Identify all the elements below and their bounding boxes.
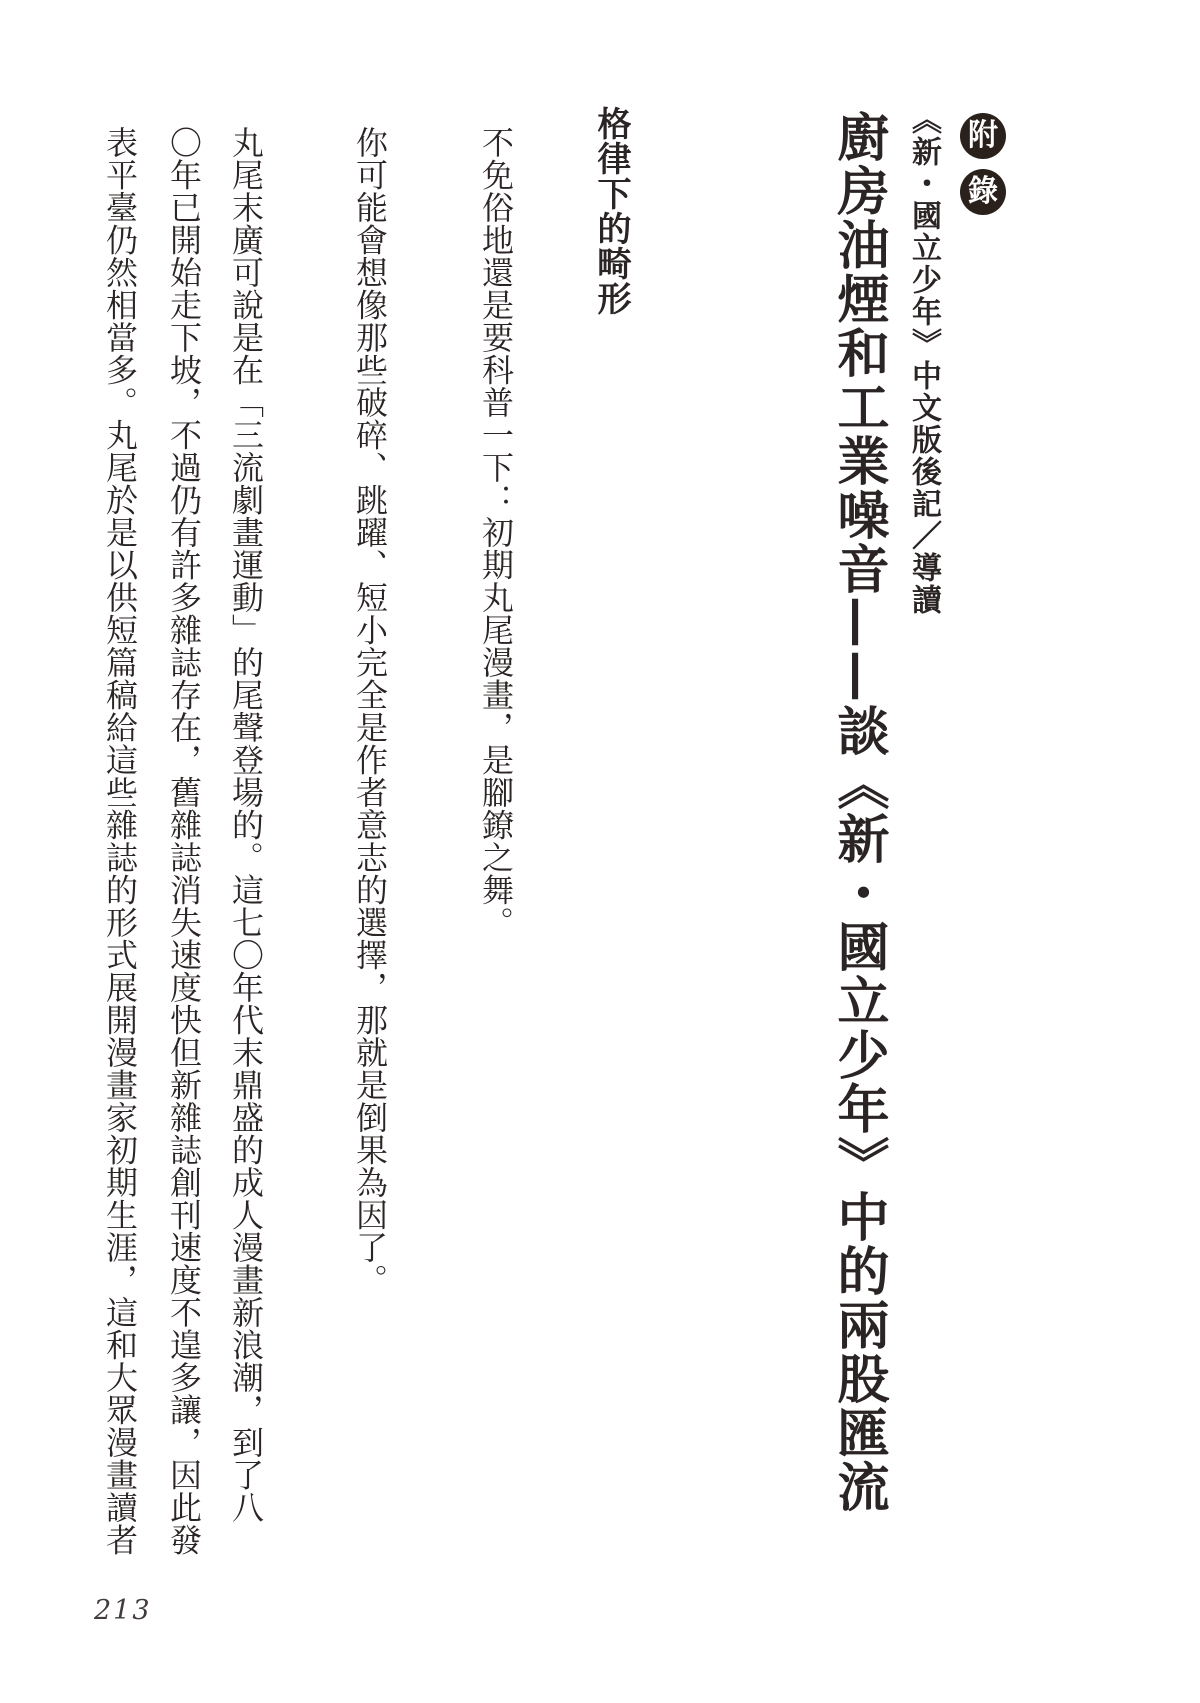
edition-subtitle: 《新・國立少年》中文版後記／導讀: [908, 104, 938, 616]
paragraph-2: 你可能會想像那些破碎、跳躍、短小完全是作者意志的選擇，那就是倒果為因了。: [354, 126, 386, 1296]
appendix-badge-char-1: 附: [968, 121, 998, 151]
paragraph-1: 不免俗地還是要科普一下：初期丸尾漫畫，是腳鐐之舞。: [480, 126, 512, 939]
appendix-badge-circle-2: 錄: [960, 169, 1006, 215]
article-title: 廚房油煙和工業噪音——談《新・國立少年》中的兩股匯流: [832, 110, 884, 1514]
section-heading: 格律下的畸形: [594, 106, 628, 316]
paragraph-3-column-3: 表平臺仍然相當多。丸尾於是以供短篇稿給這些雜誌的形式展開漫畫家初期生涯，這和大眾…: [104, 126, 136, 1556]
page-number: 213: [94, 1595, 152, 1626]
appendix-badge-circle-1: 附: [960, 113, 1006, 159]
appendix-badge: 附 錄: [960, 113, 1006, 215]
appendix-badge-char-2: 錄: [968, 177, 998, 207]
paragraph-3-column-2: 〇年已開始走下坡，不過仍有許多雜誌存在，舊雜誌消失速度快但新雜誌創刊速度不遑多讓…: [168, 126, 200, 1556]
paragraph-3-column-1: 丸尾末廣可說是在「三流劇畫運動」的尾聲登場的。這七〇年代末鼎盛的成人漫畫新浪潮，…: [230, 126, 262, 1524]
book-page: 附 錄 《新・國立少年》中文版後記／導讀 廚房油煙和工業噪音——談《新・國立少年…: [0, 0, 1200, 1703]
